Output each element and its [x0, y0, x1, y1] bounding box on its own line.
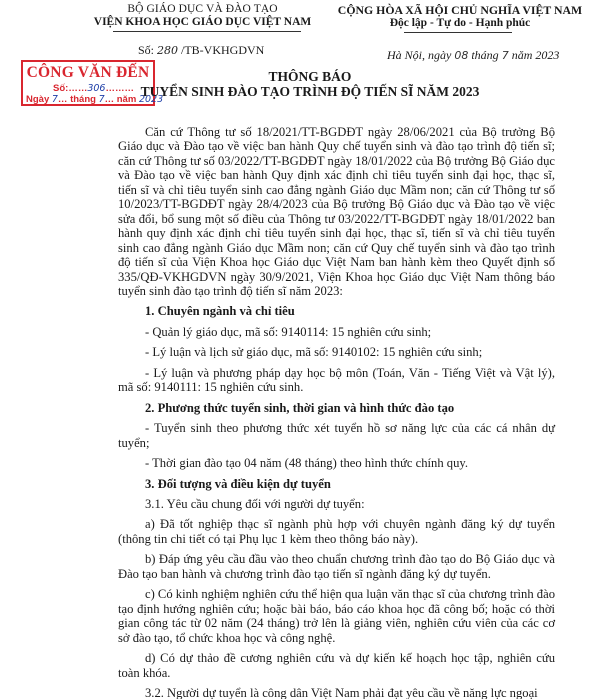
date-year: năm 2023	[512, 48, 560, 62]
institute-name: VIỆN KHOA HỌC GIÁO DỤC VIỆT NAM	[80, 16, 325, 28]
date-month-label: tháng	[471, 48, 498, 62]
section-2-item: - Thời gian đào tạo 04 năm (48 tháng) th…	[118, 456, 555, 470]
stamp-number-label: Số:	[53, 83, 68, 94]
section-3-item: a) Đã tốt nghiệp thạc sĩ ngành phù hợp v…	[118, 517, 555, 546]
section-1-item: - Lý luận và lịch sử giáo dục, mã số: 91…	[118, 345, 555, 359]
ministry-name: BỘ GIÁO DỤC VÀ ĐÀO TẠO	[80, 3, 325, 15]
stamp-year-label: năm	[117, 94, 137, 105]
section-1-item: - Lý luận và phương pháp dạy học bộ môn …	[118, 366, 555, 395]
institute-underline	[113, 31, 301, 32]
date-month: 7	[502, 49, 509, 62]
received-stamp: CÔNG VĂN ĐẾN Số:……306……… Ngày 7… tháng 7…	[21, 60, 155, 106]
section-2-item: - Tuyển sinh theo phương thức xét tuyển …	[118, 421, 555, 450]
document-number-label: Số:	[138, 43, 154, 57]
national-motto: Độc lập - Tự do - Hạnh phúc	[325, 17, 595, 29]
section-3-item: d) Có dự thảo đề cương nghiên cứu và dự …	[118, 651, 555, 680]
section-1-item: - Quản lý giáo dục, mã số: 9140114: 15 n…	[118, 325, 555, 339]
stamp-number: Số:……306………	[53, 84, 134, 94]
country-name: CỘNG HÒA XÃ HỘI CHỦ NGHĨA VIỆT NAM	[325, 3, 595, 18]
stamp-month-label: tháng	[70, 94, 96, 105]
notice-body: Căn cứ Thông tư số 18/2021/TT-BGDĐT ngày…	[118, 125, 555, 699]
stamp-month-value: 7	[99, 94, 105, 105]
section-3-item: 3.1. Yêu cầu chung đối với người dự tuyể…	[118, 497, 555, 511]
motto-underline	[404, 32, 512, 33]
document-number-suffix: /TB-VKHGDVN	[181, 43, 264, 57]
section-3-item: c) Có kinh nghiệm nghiên cứu thể hiện qu…	[118, 587, 555, 645]
stamp-number-value: 306	[87, 83, 105, 94]
document-number: Số: 280 /TB-VKHGDVN	[138, 43, 264, 58]
date-day: 08	[454, 49, 468, 62]
section-3-item: 3.2. Người dự tuyển là công dân Việt Nam…	[118, 686, 555, 699]
section-3-heading: 3. Đối tượng và điều kiện dự tuyển	[118, 477, 555, 491]
document-number-value: 280	[157, 44, 178, 57]
intro-paragraph: Căn cứ Thông tư số 18/2021/TT-BGDĐT ngày…	[118, 125, 555, 298]
stamp-day-label: Ngày	[26, 94, 49, 105]
section-2-heading: 2. Phương thức tuyển sinh, thời gian và …	[118, 401, 555, 415]
stamp-title: CÔNG VĂN ĐẾN	[23, 65, 153, 81]
notice-subtitle: TUYỂN SINH ĐÀO TẠO TRÌNH ĐỘ TIẾN SĨ NĂM …	[140, 84, 480, 100]
section-1-heading: 1. Chuyên ngành và chỉ tiêu	[118, 304, 555, 318]
date-prefix: Hà Nội, ngày	[387, 48, 451, 62]
issue-date: Hà Nội, ngày 08 tháng 7 năm 2023	[387, 48, 559, 63]
notice-title: THÔNG BÁO	[150, 69, 470, 85]
stamp-day-value: 7	[52, 94, 58, 105]
section-3-item: b) Đáp ứng yêu cầu đầu vào theo chuẩn ch…	[118, 552, 555, 581]
